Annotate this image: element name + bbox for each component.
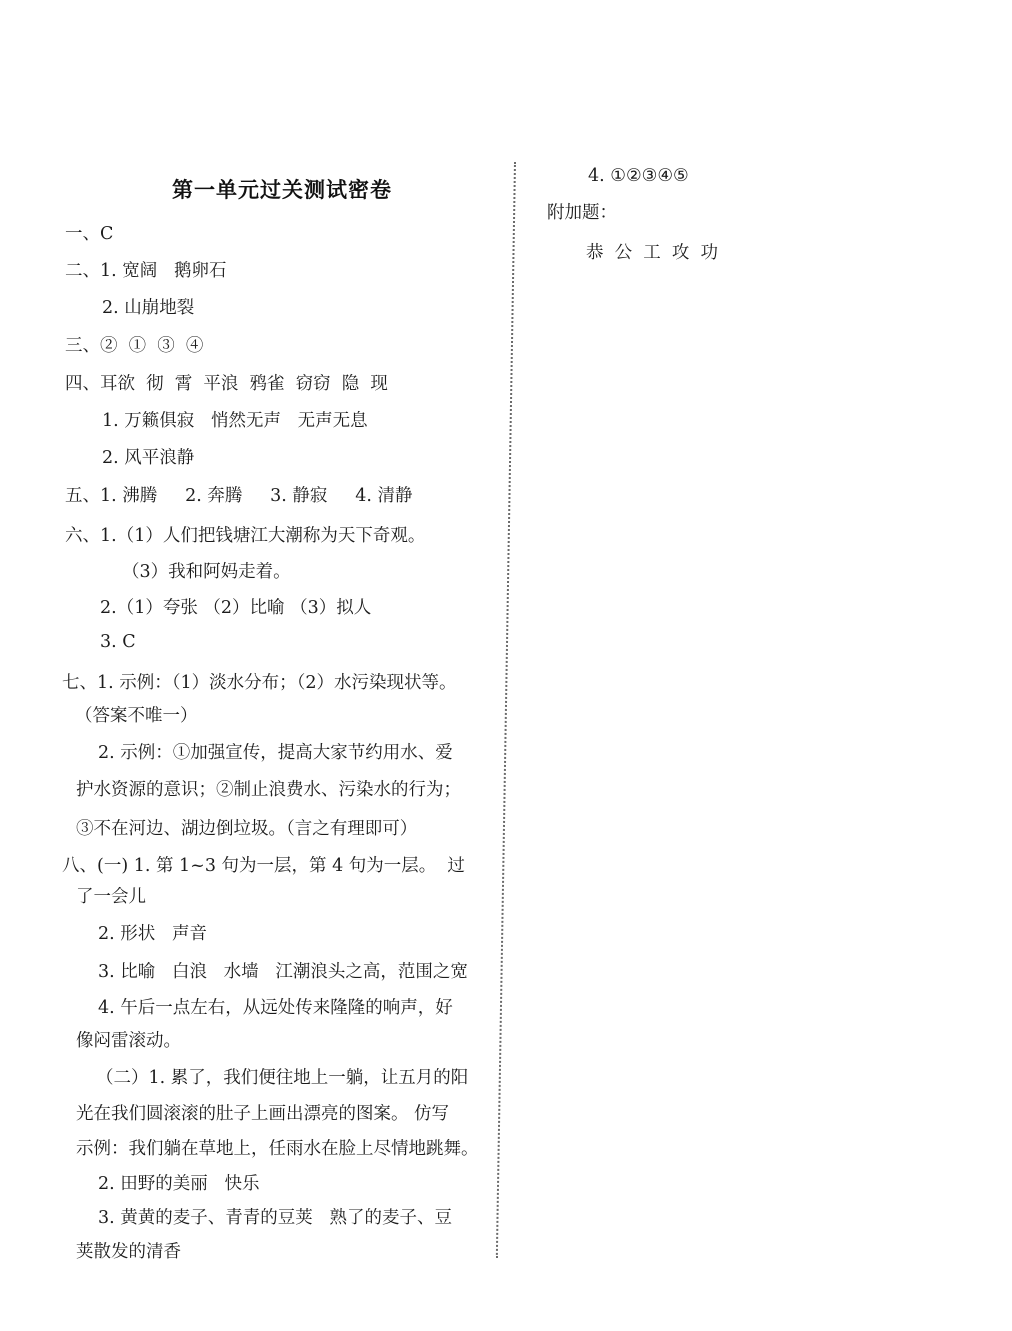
answer-line: 示例：我们躺在草地上，任雨水在脸上尽情地跳舞。	[76, 1141, 479, 1159]
answer-line: 1. 万籁俱寂 悄然无声 无声无息	[102, 413, 368, 431]
answer-line: 像闷雷滚动。	[76, 1033, 181, 1051]
answer-line: 二、1. 宽阔 鹅卵石	[65, 263, 226, 281]
answer-line: 2. 田野的美丽 快乐	[98, 1176, 259, 1194]
answer-line: 七、1. 示例：（1）淡水分布；（2）水污染现状等。	[62, 675, 457, 693]
answer-line: 一、C	[65, 226, 113, 244]
answer-line: ③不在河边、湖边倒垃圾。（言之有理即可）	[76, 821, 417, 839]
answer-line: （二）1. 累了，我们便往地上一躺，让五月的阳	[96, 1070, 468, 1088]
column-divider	[496, 162, 516, 1258]
answer-line: 2. 风平浪静	[102, 450, 194, 468]
answer-line: 三、② ① ③ ④	[65, 338, 203, 356]
answer-line: 3. 比喻 白浪 水墙 江潮浪头之高，范围之宽	[98, 964, 468, 982]
answer-line: 荚散发的清香	[76, 1244, 181, 1262]
answer-line: 六、1.（1）人们把钱塘江大潮称为天下奇观。	[65, 528, 425, 546]
answer-line: 光在我们圆滚滚的肚子上画出漂亮的图案。 仿写	[76, 1106, 449, 1124]
answer-line: 2. 山崩地裂	[102, 300, 194, 318]
answer-line: 2.（1）夸张 （2）比喻 （3）拟人	[100, 600, 371, 618]
answer-line: 4. 午后一点左右，从远处传来隆隆的响声，好	[98, 1000, 453, 1018]
answer-line: 八、(一) 1. 第 1~3 句为一层，第 4 句为一层。 过	[62, 858, 465, 876]
answer-line: 五、1. 沸腾 2. 奔腾 3. 静寂 4. 清静	[65, 488, 412, 506]
answer-line: （3）我和阿妈走着。	[122, 564, 291, 582]
answer-line: 了一会儿	[76, 889, 146, 907]
page-title: 第一单元过关测试密卷	[172, 174, 392, 204]
answer-line: 附加题：	[547, 205, 617, 223]
answer-line: 护水资源的意识；②制止浪费水、污染水的行为；	[76, 782, 461, 800]
answer-line: 2. 形状 声音	[98, 926, 207, 944]
answer-line: 2. 示例：①加强宣传，提高大家节约用水、爱	[98, 745, 453, 763]
answer-line: 恭 公 工 攻 功	[586, 245, 718, 263]
answer-line: 4. ①②③④⑤	[588, 168, 689, 186]
answer-line: 3. C	[100, 634, 136, 652]
answer-line: （答案不唯一）	[75, 708, 198, 726]
answer-line: 3. 黄黄的麦子、青青的豆荚 熟了的麦子、豆	[98, 1210, 452, 1228]
answer-line: 四、耳欲 彻 霄 平浪 鸦雀 窃窃 隐 现	[65, 376, 388, 394]
